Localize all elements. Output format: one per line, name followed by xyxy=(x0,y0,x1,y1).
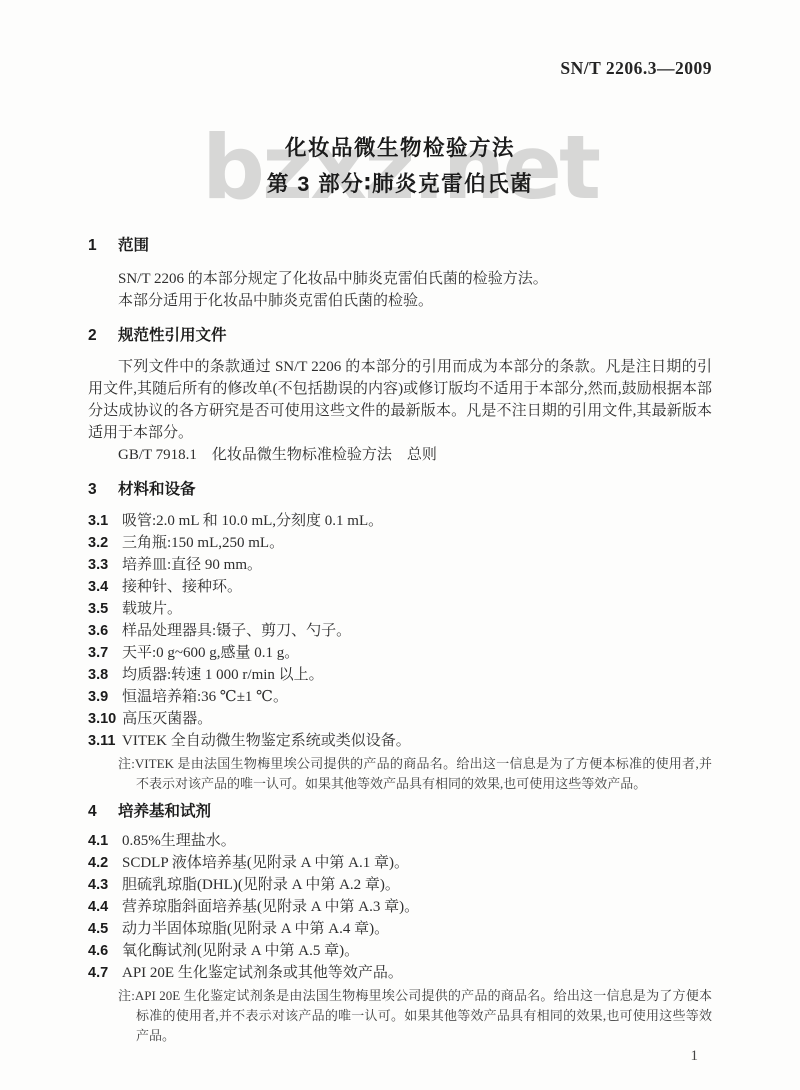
clause-text: SCDLP 液体培养基(见附录 A 中第 A.1 章)。 xyxy=(122,855,409,871)
material-item: 3.1吸管:2.0 mL 和 10.0 mL,分刻度 0.1 mL。 xyxy=(88,510,712,532)
clause-number: 3.3 xyxy=(88,554,116,576)
document-content: SN/T 2206.3—2009 化妆品微生物检验方法 第 3 部分∶肺炎克雷伯… xyxy=(88,58,712,1065)
media-item: 4.7API 20E 生化鉴定试剂条或其他等效产品。 xyxy=(88,962,712,984)
material-item: 3.6样品处理器具:镊子、剪刀、勺子。 xyxy=(88,620,712,642)
clause-text: 均质器:转速 1 000 r/min 以上。 xyxy=(122,667,324,683)
section-3-heading: 3材料和设备 xyxy=(88,480,712,500)
media-item: 4.10.85%生理盐水。 xyxy=(88,830,712,852)
media-item: 4.2SCDLP 液体培养基(见附录 A 中第 A.1 章)。 xyxy=(88,852,712,874)
material-item: 3.11VITEK 全自动微生物鉴定系统或类似设备。 xyxy=(88,730,712,752)
clause-number: 3.6 xyxy=(88,620,116,642)
clause-text: 动力半固体琼脂(见附录 A 中第 A.4 章)。 xyxy=(122,921,389,937)
section-3-number: 3 xyxy=(88,480,118,500)
section-4-title: 培养基和试剂 xyxy=(118,803,211,820)
clause-number: 4.7 xyxy=(88,962,116,984)
clause-number: 3.1 xyxy=(88,510,116,532)
clause-text: 恒温培养箱:36 ℃±1 ℃。 xyxy=(122,689,288,705)
material-item: 3.10高压灭菌器。 xyxy=(88,708,712,730)
section-3-title: 材料和设备 xyxy=(118,481,196,498)
note-label: 注: xyxy=(118,756,135,771)
material-item: 3.5载玻片。 xyxy=(88,598,712,620)
material-item: 3.4接种针、接种环。 xyxy=(88,576,712,598)
clause-number: 3.2 xyxy=(88,532,116,554)
clause-text: VITEK 全自动微生物鉴定系统或类似设备。 xyxy=(122,733,411,749)
section-1-body: SN/T 2206 的本部分规定了化妆品中肺炎克雷伯氏菌的检验方法。 本部分适用… xyxy=(88,268,712,312)
clause-number: 4.1 xyxy=(88,830,116,852)
material-item: 3.8均质器:转速 1 000 r/min 以上。 xyxy=(88,664,712,686)
scope-paragraph-2: 本部分适用于化妆品中肺炎克雷伯氏菌的检验。 xyxy=(88,290,712,312)
section-4-number: 4 xyxy=(88,802,118,822)
media-item: 4.3胆硫乳琼脂(DHL)(见附录 A 中第 A.2 章)。 xyxy=(88,874,712,896)
clause-text: 0.85%生理盐水。 xyxy=(122,833,236,849)
note-label: 注: xyxy=(118,988,135,1003)
clause-number: 4.6 xyxy=(88,940,116,962)
section-1-number: 1 xyxy=(88,236,118,256)
clause-number: 3.11 xyxy=(88,730,116,752)
clause-text: 胆硫乳琼脂(DHL)(见附录 A 中第 A.2 章)。 xyxy=(122,877,400,893)
clause-text: 营养琼脂斜面培养基(见附录 A 中第 A.3 章)。 xyxy=(122,899,419,915)
material-item: 3.2三角瓶:150 mL,250 mL。 xyxy=(88,532,712,554)
note-text: API 20E 生化鉴定试剂条是由法国生物梅里埃公司提供的产品的商品名。给出这一… xyxy=(135,988,712,1043)
clause-number: 3.5 xyxy=(88,598,116,620)
clause-number: 3.4 xyxy=(88,576,116,598)
media-note: 注:API 20E 生化鉴定试剂条是由法国生物梅里埃公司提供的产品的商品名。给出… xyxy=(88,986,712,1046)
document-page: bzxz.net SN/T 2206.3—2009 化妆品微生物检验方法 第 3… xyxy=(0,0,800,1090)
clause-number: 3.7 xyxy=(88,642,116,664)
clause-number: 4.4 xyxy=(88,896,116,918)
clause-number: 4.2 xyxy=(88,852,116,874)
clause-text: 三角瓶:150 mL,250 mL。 xyxy=(122,535,284,551)
section-1-heading: 1范围 xyxy=(88,236,712,256)
section-2-body: 下列文件中的条款通过 SN/T 2206 的本部分的引用而成为本部分的条款。凡是… xyxy=(88,356,712,466)
document-title: 化妆品微生物检验方法 第 3 部分∶肺炎克雷伯氏菌 xyxy=(88,130,712,202)
section-1-title: 范围 xyxy=(118,237,149,254)
page-number: 1 xyxy=(88,1048,712,1065)
clause-text: 天平:0 g~600 g,感量 0.1 g。 xyxy=(122,645,299,661)
material-item: 3.3培养皿:直径 90 mm。 xyxy=(88,554,712,576)
section-4-heading: 4培养基和试剂 xyxy=(88,802,712,822)
clause-text: 吸管:2.0 mL 和 10.0 mL,分刻度 0.1 mL。 xyxy=(122,513,383,529)
media-item: 4.5动力半固体琼脂(见附录 A 中第 A.4 章)。 xyxy=(88,918,712,940)
reference-entry: GB/T 7918.1 化妆品微生物标准检验方法 总则 xyxy=(88,444,712,466)
clause-text: 氧化酶试剂(见附录 A 中第 A.5 章)。 xyxy=(122,943,359,959)
clause-text: 高压灭菌器。 xyxy=(122,711,212,727)
note-text: VITEK 是由法国生物梅里埃公司提供的产品的商品名。给出这一信息是为了方便本标… xyxy=(135,756,712,791)
clause-number: 3.10 xyxy=(88,708,116,730)
clause-text: 样品处理器具:镊子、剪刀、勺子。 xyxy=(122,623,351,639)
clause-text: 接种针、接种环。 xyxy=(122,579,242,595)
media-list: 4.10.85%生理盐水。 4.2SCDLP 液体培养基(见附录 A 中第 A.… xyxy=(88,830,712,984)
clause-text: API 20E 生化鉴定试剂条或其他等效产品。 xyxy=(122,965,403,981)
clause-number: 4.5 xyxy=(88,918,116,940)
materials-note: 注:VITEK 是由法国生物梅里埃公司提供的产品的商品名。给出这一信息是为了方便… xyxy=(88,754,712,794)
clause-text: 载玻片。 xyxy=(122,601,182,617)
clause-text: 培养皿:直径 90 mm。 xyxy=(122,557,262,573)
title-line-2: 第 3 部分∶肺炎克雷伯氏菌 xyxy=(88,166,712,202)
materials-list: 3.1吸管:2.0 mL 和 10.0 mL,分刻度 0.1 mL。 3.2三角… xyxy=(88,510,712,752)
material-item: 3.9恒温培养箱:36 ℃±1 ℃。 xyxy=(88,686,712,708)
material-item: 3.7天平:0 g~600 g,感量 0.1 g。 xyxy=(88,642,712,664)
references-paragraph: 下列文件中的条款通过 SN/T 2206 的本部分的引用而成为本部分的条款。凡是… xyxy=(88,356,712,444)
media-item: 4.4营养琼脂斜面培养基(见附录 A 中第 A.3 章)。 xyxy=(88,896,712,918)
media-item: 4.6氧化酶试剂(见附录 A 中第 A.5 章)。 xyxy=(88,940,712,962)
clause-number: 4.3 xyxy=(88,874,116,896)
section-2-number: 2 xyxy=(88,326,118,346)
section-2-title: 规范性引用文件 xyxy=(118,327,227,344)
title-line-1: 化妆品微生物检验方法 xyxy=(88,130,712,166)
clause-number: 3.9 xyxy=(88,686,116,708)
scope-paragraph-1: SN/T 2206 的本部分规定了化妆品中肺炎克雷伯氏菌的检验方法。 xyxy=(88,268,712,290)
standard-number: SN/T 2206.3—2009 xyxy=(88,58,712,78)
section-2-heading: 2规范性引用文件 xyxy=(88,326,712,346)
clause-number: 3.8 xyxy=(88,664,116,686)
